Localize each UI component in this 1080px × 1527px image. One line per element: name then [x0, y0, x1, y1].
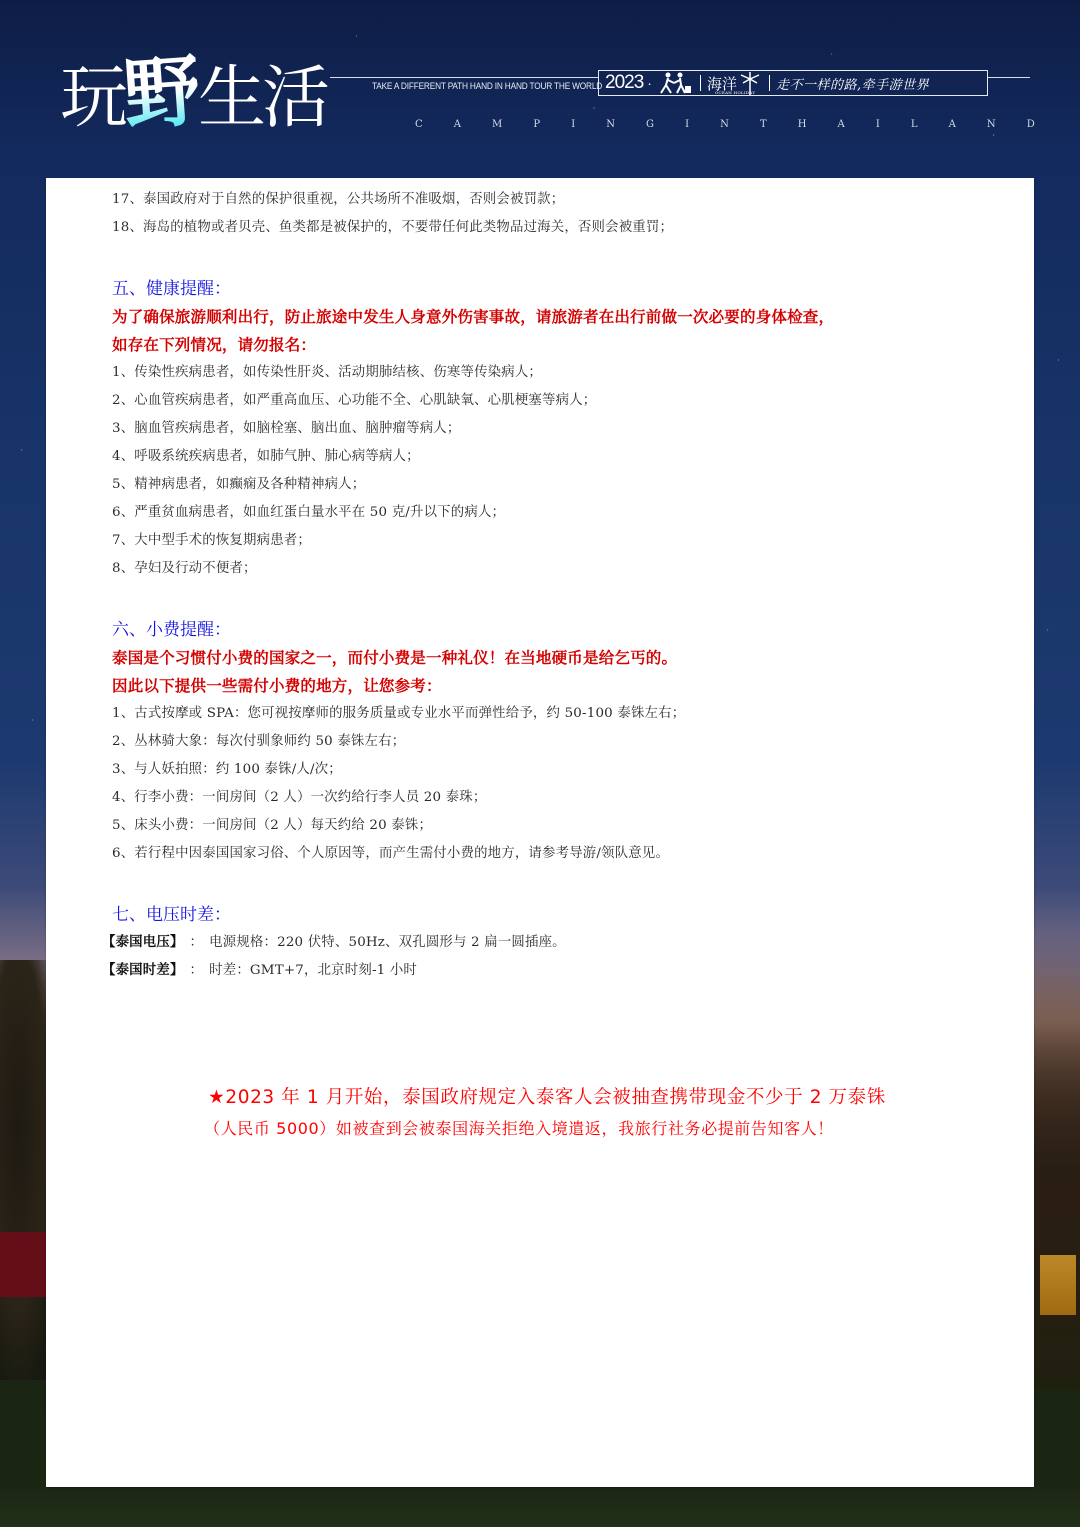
- tree-silhouette-right: [1030, 930, 1080, 1390]
- timezone-row: 【泰国时差】 ： 时差：GMT+7，北京时刻-1 小时: [112, 957, 1012, 985]
- subtitle-letter: N: [987, 119, 996, 130]
- list-item: 4、呼吸系统疾病患者，如肺气肿、肺心病等病人；: [112, 443, 1012, 471]
- health-warning-line: 如存在下列情况，请勿报名：: [112, 331, 1012, 359]
- timezone-label: 【泰国时差】: [102, 957, 184, 985]
- list-item: 6、严重贫血病患者，如血红蛋白量水平在 50 克/升以下的病人；: [112, 499, 1012, 527]
- badge-brand-en: OCEAN HOLIDAY: [715, 90, 755, 95]
- badge-dot: ·: [647, 75, 652, 91]
- brand-char-wild: 野: [121, 53, 200, 136]
- subtitle-letter: H: [798, 119, 807, 130]
- badge-slogan: 走不一样的路,牵手游世界: [776, 74, 929, 93]
- intro-line: 18、海岛的植物或者贝壳、鱼类都是被保护的，不要带任何此类物品过海关，否则会被重…: [112, 214, 1012, 242]
- subtitle-letter: A: [838, 119, 845, 130]
- brand-logo: 玩 野 生活: [60, 55, 326, 133]
- tips-warning-line: 因此以下提供一些需付小费的地方，让您参考：: [112, 672, 1012, 700]
- camping-in-thailand-subtitle: C A M P I N G I N T H A I L A N D: [415, 119, 1035, 130]
- brand-char-play: 玩: [60, 65, 124, 133]
- badge-brand-cn: 海洋 OCEAN HOLIDAY: [707, 73, 737, 94]
- voltage-label: 【泰国电压】: [102, 929, 184, 957]
- subtitle-letter: N: [720, 119, 729, 130]
- tips-warning-line: 泰国是个习惯付小费的国家之一，而付小费是一种礼仪！在当地硬币是给乞丐的。: [112, 644, 1012, 672]
- red-tent-decoration: [0, 1232, 46, 1297]
- subtitle-letter: M: [492, 119, 502, 130]
- brand-char-life: 生活: [198, 65, 326, 133]
- english-tagline: TAKE A DIFFERENT PATH HAND IN HAND TOUR …: [372, 81, 602, 91]
- subtitle-letter: A: [949, 119, 956, 130]
- voltage-value: 电源规格：220 伏特、50Hz、双孔圆形与 2 扁一圆插座。: [209, 929, 566, 957]
- list-item: 1、传染性疾病患者，如传染性肝炎、活动期肺结核、伤寒等传染病人；: [112, 359, 1012, 387]
- voltage-row: 【泰国电压】 ： 电源规格：220 伏特、50Hz、双孔圆形与 2 扁一圆插座。: [112, 929, 1012, 957]
- header-rule-right: [988, 77, 1030, 78]
- section-health: 五、健康提醒： 为了确保旅游顺利出行，防止旅途中发生人身意外伤害事故，请旅游者在…: [112, 276, 1012, 583]
- health-warning-line: 为了确保旅游顺利出行，防止旅途中发生人身意外伤害事故，请旅游者在出行前做一次必要…: [112, 303, 1012, 331]
- subtitle-letter: I: [571, 119, 575, 130]
- page-header: 玩 野 生活 TAKE A DIFFERENT PATH HAND IN HAN…: [0, 0, 1080, 178]
- intro-line: 17、泰国政府对于自然的保护很重视，公共场所不准吸烟，否则会被罚款；: [112, 186, 1012, 214]
- list-item: 5、床头小费：一间房间（2 人）每天约给 20 泰铢；: [112, 812, 1012, 840]
- subtitle-letter: I: [685, 119, 689, 130]
- notice-line-1: ★2023 年 1 月开始，泰国政府规定入泰客人会被抽查携带现金不少于 2 万泰…: [46, 1082, 1034, 1114]
- subtitle-letter: I: [876, 119, 880, 130]
- list-item: 4、行李小费：一间房间（2 人）一次约给行李人员 20 泰珠；: [112, 784, 1012, 812]
- subtitle-letter: D: [1027, 119, 1035, 130]
- list-item: 6、若行程中因泰国国家习俗、个人原因等，而产生需付小费的地方，请参考导游/领队意…: [112, 840, 1012, 868]
- badge-divider-2: [769, 75, 770, 91]
- section-title-tips: 六、小费提醒：: [112, 617, 1012, 644]
- list-item: 7、大中型手术的恢复期病患者；: [112, 527, 1012, 555]
- subtitle-letter: N: [606, 119, 615, 130]
- lantern-decoration: [1040, 1255, 1076, 1315]
- walking-couple-icon: [656, 71, 694, 95]
- subtitle-letter: T: [760, 119, 767, 130]
- list-item: 2、心血管疾病患者，如严重高血压、心功能不全、心肌缺氧、心肌梗塞等病人；: [112, 387, 1012, 415]
- badge-year: 2023: [599, 72, 643, 94]
- list-item: 2、丛林骑大象：每次付驯象师约 50 泰铢左右；: [112, 728, 1012, 756]
- section-title-voltage: 七、电压时差：: [112, 902, 1012, 929]
- section-title-health: 五、健康提醒：: [112, 276, 1012, 303]
- list-item: 1、古式按摩或 SPA：您可视按摩师的服务质量或专业水平而弹性给予，约 50-1…: [112, 700, 1012, 728]
- badge-divider: [700, 75, 701, 91]
- brand-badge: 2023 · 海洋 OCEAN HOLIDAY 走不一样的路,牵手游世界: [598, 70, 988, 96]
- list-item: 3、脑血管疾病患者，如脑栓塞、脑出血、脑肿瘤等病人；: [112, 415, 1012, 443]
- timezone-value: 时差：GMT+7，北京时刻-1 小时: [209, 957, 417, 985]
- notice-line-2: （人民币 5000）如被查到会被泰国海关拒绝入境遣返，我旅行社务必提前告知客人！: [4, 1114, 1034, 1144]
- subtitle-letter: P: [533, 119, 540, 130]
- document-body: 17、泰国政府对于自然的保护很重视，公共场所不准吸烟，否则会被罚款； 18、海岛…: [112, 186, 1012, 985]
- header-rule-left: [330, 77, 598, 78]
- list-item: 5、精神病患者，如癫痫及各种精神病人；: [112, 471, 1012, 499]
- subtitle-letter: L: [911, 119, 918, 130]
- list-item: 3、与人妖拍照：约 100 泰铢/人/次；: [112, 756, 1012, 784]
- colon: ：: [190, 957, 204, 985]
- grass-ground: [0, 1487, 1080, 1527]
- section-voltage: 七、电压时差： 【泰国电压】 ： 电源规格：220 伏特、50Hz、双孔圆形与 …: [112, 902, 1012, 985]
- list-item: 8、孕妇及行动不便者；: [112, 555, 1012, 583]
- subtitle-letter: G: [646, 119, 654, 130]
- subtitle-letter: A: [454, 119, 461, 130]
- colon: ：: [190, 929, 204, 957]
- subtitle-letter: C: [415, 119, 423, 130]
- content-panel: 17、泰国政府对于自然的保护很重视，公共场所不准吸烟，否则会被罚款； 18、海岛…: [46, 178, 1034, 1487]
- cash-notice: ★2023 年 1 月开始，泰国政府规定入泰客人会被抽查携带现金不少于 2 万泰…: [46, 1082, 1034, 1144]
- section-tips: 六、小费提醒： 泰国是个习惯付小费的国家之一，而付小费是一种礼仪！在当地硬币是给…: [112, 617, 1012, 868]
